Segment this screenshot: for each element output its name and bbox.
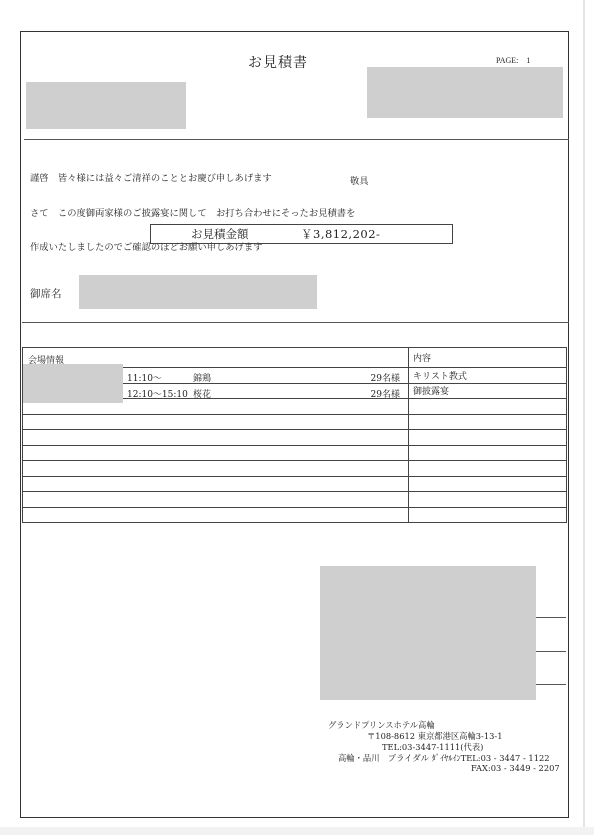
signature-line <box>536 684 566 685</box>
seat-divider <box>22 322 569 323</box>
venue-cell <box>23 414 409 430</box>
estimate-amount-box: お見積金額 ￥3,812,202- <box>150 224 453 244</box>
content-cell <box>409 492 567 508</box>
signature-line <box>536 617 566 618</box>
table-row <box>23 507 567 523</box>
venue-cell <box>23 430 409 446</box>
redacted-recipient <box>26 82 186 129</box>
content-cell <box>409 414 567 430</box>
venue-cell <box>23 476 409 492</box>
estimate-amount: ￥3,812,202- <box>301 225 380 243</box>
table-row <box>23 414 567 430</box>
redacted-stamp-area <box>320 566 536 700</box>
venue-cell <box>23 445 409 461</box>
seat-name-label: 御席名 <box>30 286 62 301</box>
greeting-closing: 敬具 <box>350 173 369 187</box>
estimate-label: お見積金額 <box>191 225 249 243</box>
redacted-venue-info <box>23 364 123 403</box>
page-indicator: PAGE: 1 <box>496 56 530 65</box>
content-cell: キリスト教式 <box>409 368 567 384</box>
venue-cell <box>23 507 409 523</box>
hotel-fax: FAX:03 - 3449 - 2207 <box>471 763 560 773</box>
signature-line <box>536 651 566 652</box>
venue-cell <box>23 461 409 477</box>
page-label: PAGE: <box>496 56 518 65</box>
greeting-text: 謹啓 皆々様には益々ご清祥のこととお慶び申しあげます さて この度御両家様のご披… <box>30 150 355 265</box>
venue-cell <box>23 492 409 508</box>
table-row <box>23 445 567 461</box>
redacted-seat-name <box>79 275 317 309</box>
page-number: 1 <box>526 56 530 65</box>
greeting-line: 謹啓 皆々様には益々ご清祥のこととお慶び申しあげます <box>30 173 355 185</box>
content-cell <box>409 476 567 492</box>
header-content: 内容 <box>409 348 567 368</box>
table-row <box>23 476 567 492</box>
page-bottom-margin <box>0 827 594 835</box>
table-row <box>23 461 567 477</box>
page-edge <box>583 0 585 835</box>
greeting-line: さて この度御両家様のご披露宴に関して お打ち合わせにそったお見積書を <box>30 208 355 220</box>
redacted-issuer <box>367 67 563 118</box>
content-cell <box>409 430 567 446</box>
content-cell <box>409 399 567 415</box>
content-cell: 御披露宴 <box>409 383 567 399</box>
table-row <box>23 492 567 508</box>
header-divider <box>24 139 569 140</box>
content-cell <box>409 445 567 461</box>
table-row <box>23 430 567 446</box>
content-cell <box>409 461 567 477</box>
content-cell <box>409 507 567 523</box>
